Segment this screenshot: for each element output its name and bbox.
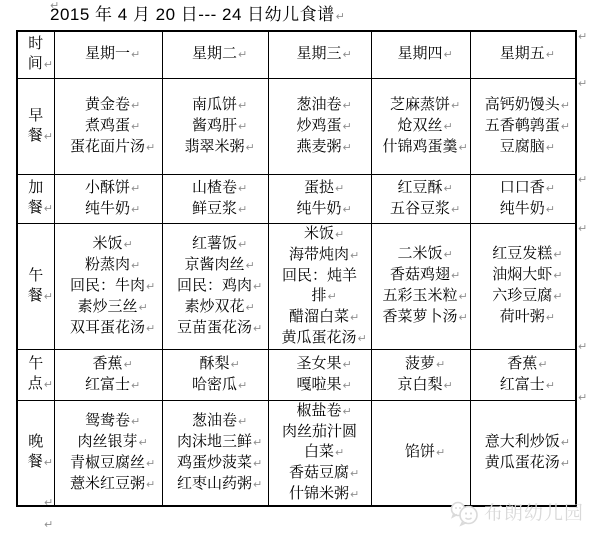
menu-cell: 馅饼: [371, 400, 470, 506]
meal-label: 午餐: [27, 266, 45, 307]
menu-item: 菠萝: [379, 354, 463, 375]
meal-label-cell: 早餐: [17, 78, 54, 174]
menu-item: 豆腐脑: [481, 137, 565, 158]
header-label: 星期四: [379, 44, 463, 65]
menu-item: 煮鸡蛋: [66, 116, 150, 137]
header-cell-day: 星期二: [162, 31, 268, 78]
menu-item: 黄金卷: [66, 95, 150, 116]
menu-item: 粉蒸肉: [66, 255, 150, 276]
watermark-text: 布朗幼儿园: [484, 502, 584, 526]
paragraph-mark: ↵: [44, 520, 53, 531]
menu-item: 鲜豆浆: [173, 199, 257, 220]
paragraph-mark: ↵: [50, 1, 59, 12]
paragraph-mark: ↵: [44, 498, 53, 509]
menu-item: 荷叶粥: [481, 307, 565, 328]
meal-label: 加餐: [27, 178, 45, 219]
header-cell-day: 星期五: [470, 31, 576, 78]
menu-item: 黄瓜蛋花汤: [481, 453, 565, 474]
menu-cell: 山楂卷鲜豆浆: [162, 174, 268, 223]
menu-item: 什锦鸡蛋羹: [379, 137, 463, 158]
paragraph-mark: ↵: [578, 393, 587, 404]
menu-item: 肉丝银芽: [66, 432, 150, 453]
menu-item: 红豆发糕: [481, 244, 565, 265]
meal-label-cell: 晚餐: [17, 400, 54, 506]
menu-item: 素炒双花: [173, 297, 257, 318]
menu-cell: 鸳鸯卷肉丝银芽青椒豆腐丝薏米红豆粥: [54, 400, 162, 506]
menu-item: 红富士: [66, 375, 150, 396]
header-cell-day: 星期三: [268, 31, 371, 78]
menu-item: 蛋挞: [278, 178, 362, 199]
menu-item: 米饭: [66, 234, 150, 255]
menu-cell: 圣女果嘎啦果: [268, 349, 371, 400]
menu-item: 燕麦粥: [278, 137, 362, 158]
header-label: 星期五: [481, 44, 565, 65]
meal-label-cell: 午餐: [17, 223, 54, 349]
header-cell-time: 时间: [17, 31, 54, 78]
menu-item: 回民：鸡肉: [173, 276, 257, 297]
menu-item: 纯牛奶: [278, 199, 362, 220]
menu-item: 油焖大虾: [481, 265, 565, 286]
header-label: 星期二: [173, 44, 257, 65]
page-title: 2015 年 4 月 20 日--- 24 日幼儿食谱: [50, 4, 336, 28]
menu-cell: 香蕉红富士: [470, 349, 576, 400]
menu-item: 香菇鸡翅: [379, 265, 463, 286]
meal-label: 晚餐: [27, 432, 45, 473]
header-label: 星期一: [66, 44, 150, 65]
menu-cell: 口口香纯牛奶: [470, 174, 576, 223]
menu-item: 酱鸡肝: [173, 116, 257, 137]
paragraph-mark: ↵: [578, 32, 587, 43]
menu-item: 炒鸡蛋: [278, 116, 362, 137]
menu-cell: 米饭粉蒸肉回民：牛肉素炒三丝双耳蛋花汤: [54, 223, 162, 349]
menu-cell: 黄金卷煮鸡蛋蛋花面片汤: [54, 78, 162, 174]
paragraph-mark: ↵: [578, 79, 587, 90]
paragraph-mark: ↵: [578, 175, 587, 186]
menu-item: 意大利炒饭: [481, 432, 565, 453]
menu-item: 红富士: [481, 375, 565, 396]
menu-cell: 葱油卷肉沫地三鲜鸡蛋炒菠菜红枣山药粥: [162, 400, 268, 506]
menu-item: 葱油卷: [173, 411, 257, 432]
menu-item: 京白梨: [379, 375, 463, 396]
menu-item: 山楂卷: [173, 178, 257, 199]
menu-item: 馅饼: [379, 442, 463, 463]
paragraph-mark: ↵: [578, 342, 587, 353]
menu-item: 肉沫地三鲜: [173, 432, 257, 453]
menu-item: 哈密瓜: [173, 375, 257, 396]
menu-item: 小酥饼: [66, 178, 150, 199]
speech-bubbles-logo-icon: [448, 500, 482, 530]
menu-item: 双耳蛋花汤: [66, 318, 150, 339]
menu-row: 加餐小酥饼纯牛奶山楂卷鲜豆浆蛋挞纯牛奶红豆酥五谷豆浆口口香纯牛奶: [17, 174, 576, 223]
header-label: 时间: [27, 34, 45, 75]
header-row: 时间星期一星期二星期三星期四星期五: [17, 31, 576, 78]
menu-cell: 二米饭香菇鸡翅五彩玉米粒香菜萝卜汤: [371, 223, 470, 349]
menu-item: 蛋花面片汤: [66, 137, 150, 158]
meal-label-cell: 午点: [17, 349, 54, 400]
menu-item: 口口香: [481, 178, 565, 199]
paragraph-mark: ↵: [578, 224, 587, 235]
menu-cell: 酥梨哈密瓜: [162, 349, 268, 400]
menu-item: 香菇豆腐: [278, 463, 362, 484]
menu-item: 鸡蛋炒菠菜: [173, 453, 257, 474]
menu-item: 二米饭: [379, 244, 463, 265]
menu-cell: 香蕉红富士: [54, 349, 162, 400]
header-label: 星期三: [278, 44, 362, 65]
menu-cell: 葱油卷炒鸡蛋燕麦粥: [268, 78, 371, 174]
menu-item: 纯牛奶: [481, 199, 565, 220]
menu-item: 五香鹌鹑蛋: [481, 116, 565, 137]
menu-item: 回民：炖羊排: [278, 266, 362, 307]
menu-cell: 红薯饭京酱肉丝回民：鸡肉素炒双花豆苗蛋花汤: [162, 223, 268, 349]
menu-item: 葱油卷: [278, 95, 362, 116]
menu-row: 早餐黄金卷煮鸡蛋蛋花面片汤南瓜饼酱鸡肝翡翠米粥葱油卷炒鸡蛋燕麦粥芝麻蒸饼炝双丝什…: [17, 78, 576, 174]
menu-cell: 南瓜饼酱鸡肝翡翠米粥: [162, 78, 268, 174]
menu-item: 香菜萝卜汤: [379, 307, 463, 328]
menu-item: 翡翠米粥: [173, 137, 257, 158]
menu-item: 米饭: [278, 224, 362, 245]
menu-item: 京酱肉丝: [173, 255, 257, 276]
menu-item: 嘎啦果: [278, 375, 362, 396]
menu-item: 素炒三丝: [66, 297, 150, 318]
menu-cell: 蛋挞纯牛奶: [268, 174, 371, 223]
menu-item: 红枣山药粥: [173, 474, 257, 495]
menu-item: 黄瓜蛋花汤: [278, 328, 362, 349]
menu-item: 纯牛奶: [66, 199, 150, 220]
menu-item: 肉丝茄汁圆白菜: [278, 422, 362, 463]
header-cell-day: 星期一: [54, 31, 162, 78]
menu-cell: 小酥饼纯牛奶: [54, 174, 162, 223]
menu-item: 海带炖肉: [278, 245, 362, 266]
menu-item: 芝麻蒸饼: [379, 95, 463, 116]
menu-item: 薏米红豆粥: [66, 474, 150, 495]
menu-item: 炝双丝: [379, 116, 463, 137]
menu-item: 青椒豆腐丝: [66, 453, 150, 474]
menu-cell: 菠萝京白梨: [371, 349, 470, 400]
menu-cell: 红豆酥五谷豆浆: [371, 174, 470, 223]
menu-row: 午点香蕉红富士酥梨哈密瓜圣女果嘎啦果菠萝京白梨香蕉红富士: [17, 349, 576, 400]
menu-cell: 高钙奶馒头五香鹌鹑蛋豆腐脑: [470, 78, 576, 174]
menu-item: 五谷豆浆: [379, 199, 463, 220]
meal-label: 早餐: [27, 106, 45, 147]
menu-cell: 米饭海带炖肉回民：炖羊排醋溜白菜黄瓜蛋花汤: [268, 223, 371, 349]
menu-item: 鸳鸯卷: [66, 411, 150, 432]
menu-cell: 椒盐卷肉丝茄汁圆白菜香菇豆腐什锦米粥: [268, 400, 371, 506]
menu-item: 圣女果: [278, 354, 362, 375]
header-cell-day: 星期四: [371, 31, 470, 78]
menu-cell: 红豆发糕油焖大虾六珍豆腐荷叶粥: [470, 223, 576, 349]
menu-item: 红豆酥: [379, 178, 463, 199]
menu-item: 南瓜饼: [173, 95, 257, 116]
menu-item: 五彩玉米粒: [379, 286, 463, 307]
meal-label: 午点: [27, 354, 45, 395]
menu-item: 酥梨: [173, 354, 257, 375]
meal-label-cell: 加餐: [17, 174, 54, 223]
menu-item: 椒盐卷: [278, 401, 362, 422]
menu-item: 香蕉: [66, 354, 150, 375]
menu-item: 六珍豆腐: [481, 286, 565, 307]
menu-item: 醋溜白菜: [278, 307, 362, 328]
menu-cell: 芝麻蒸饼炝双丝什锦鸡蛋羹: [371, 78, 470, 174]
menu-row: 午餐米饭粉蒸肉回民：牛肉素炒三丝双耳蛋花汤红薯饭京酱肉丝回民：鸡肉素炒双花豆苗蛋…: [17, 223, 576, 349]
menu-cell: 意大利炒饭黄瓜蛋花汤: [470, 400, 576, 506]
menu-item: 高钙奶馒头: [481, 95, 565, 116]
menu-item: 回民：牛肉: [66, 276, 150, 297]
menu-item: 什锦米粥: [278, 484, 362, 505]
menu-row: 晚餐鸳鸯卷肉丝银芽青椒豆腐丝薏米红豆粥葱油卷肉沫地三鲜鸡蛋炒菠菜红枣山药粥椒盐卷…: [17, 400, 576, 506]
menu-item: 红薯饭: [173, 234, 257, 255]
menu-item: 豆苗蛋花汤: [173, 318, 257, 339]
menu-table: 时间星期一星期二星期三星期四星期五 早餐黄金卷煮鸡蛋蛋花面片汤南瓜饼酱鸡肝翡翠米…: [16, 30, 577, 507]
menu-item: 香蕉: [481, 354, 565, 375]
